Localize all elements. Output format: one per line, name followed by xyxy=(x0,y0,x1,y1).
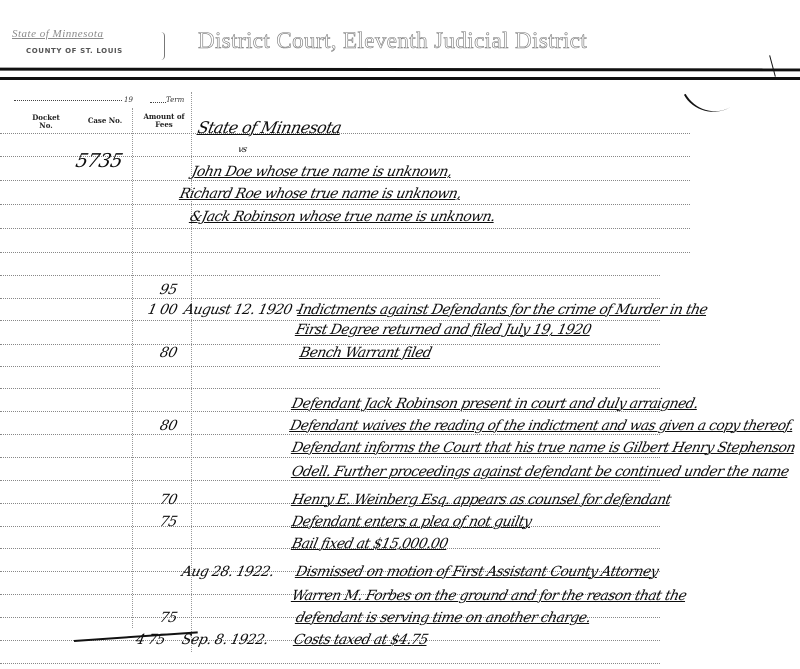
county-name: COUNTY OF ST. LOUIS xyxy=(26,47,123,55)
entry-date: Sep. 8. 1922. xyxy=(180,632,269,648)
entry-text: Defendant Jack Robinson present in court… xyxy=(290,396,699,412)
ruled-line xyxy=(0,252,690,253)
ruled-line xyxy=(0,320,660,321)
date-blank xyxy=(14,100,122,101)
ruled-line xyxy=(0,228,690,229)
fee-amount: 80 xyxy=(158,345,178,361)
plaintiff: State of Minnesota xyxy=(196,118,343,137)
header-rule-bottom xyxy=(0,77,800,80)
case-no-heading: Case No. xyxy=(80,117,130,125)
bracket xyxy=(160,32,165,60)
entry-text: Henry E. Weinberg Esq. appears as counse… xyxy=(290,492,672,508)
versus: vs xyxy=(237,145,248,155)
pen-stroke xyxy=(684,78,730,124)
fee-amount: 75 xyxy=(158,610,178,626)
fee-amount: 75 xyxy=(158,514,178,530)
defendant-1: John Doe whose true name is unknown, xyxy=(190,164,453,180)
fee-amount: 1 00 xyxy=(146,302,178,318)
ruled-line xyxy=(0,133,690,134)
state-county-block: State of Minnesota COUNTY OF ST. LOUIS xyxy=(4,18,160,60)
entry-text: First Degree returned and filed July 19,… xyxy=(294,322,592,338)
year-prefix: 19 xyxy=(124,96,133,104)
ruled-line xyxy=(0,204,690,205)
defendant-2: Richard Roe whose true name is unknown, xyxy=(178,186,462,202)
ruled-line xyxy=(0,480,660,481)
entry-date: August 12. 1920 - xyxy=(182,302,301,318)
entry-text: Bail fixed at $15,000.00 xyxy=(290,536,449,552)
ruled-line xyxy=(0,366,660,367)
entry-text: Defendant enters a plea of not guilty xyxy=(290,514,533,530)
ruled-line xyxy=(0,457,660,458)
fee-amount: 95 xyxy=(158,282,178,298)
term-label: Term xyxy=(166,96,184,104)
column-divider xyxy=(132,108,133,628)
entry-text: Bench Warrant filed xyxy=(298,345,433,361)
entry-text: Odell. Further proceedings against defen… xyxy=(290,464,790,480)
fee-amount: 70 xyxy=(158,492,178,508)
fee-amount: 80 xyxy=(158,418,178,434)
header-rule-top xyxy=(0,68,800,72)
ruled-line xyxy=(0,298,660,299)
entry-text: Dismissed on motion of First Assistant C… xyxy=(294,564,659,580)
entry-text: Costs taxed at $4.75 xyxy=(292,632,429,648)
ruled-line xyxy=(0,275,660,276)
case-number: 5735 xyxy=(74,150,125,172)
margin-mark xyxy=(769,55,776,77)
defendant-3: &Jack Robinson whose true name is unknow… xyxy=(188,209,496,225)
court-title: District Court, Eleventh Judicial Distri… xyxy=(198,28,587,54)
entry-text: Indictments against Defendants for the c… xyxy=(296,302,709,318)
entry-date: Aug 28. 1922. xyxy=(180,564,275,580)
ruled-line xyxy=(0,180,690,181)
state-name: State of Minnesota xyxy=(12,28,104,40)
ruled-line xyxy=(0,663,660,664)
entry-text: Warren M. Forbes on the ground and for t… xyxy=(290,588,688,604)
docket-no-heading: Docket No. xyxy=(26,114,66,130)
ruled-line xyxy=(0,434,660,435)
docket-page: State of Minnesota COUNTY OF ST. LOUIS D… xyxy=(0,0,800,669)
fees-heading: Amount of Fees xyxy=(138,113,190,129)
term-blank xyxy=(150,102,166,103)
entry-text: defendant is serving time on another cha… xyxy=(294,610,592,626)
ruled-line xyxy=(0,388,660,389)
entry-text: Defendant informs the Court that his tru… xyxy=(290,440,796,456)
entry-text: Defendant waives the reading of the indi… xyxy=(289,418,795,434)
